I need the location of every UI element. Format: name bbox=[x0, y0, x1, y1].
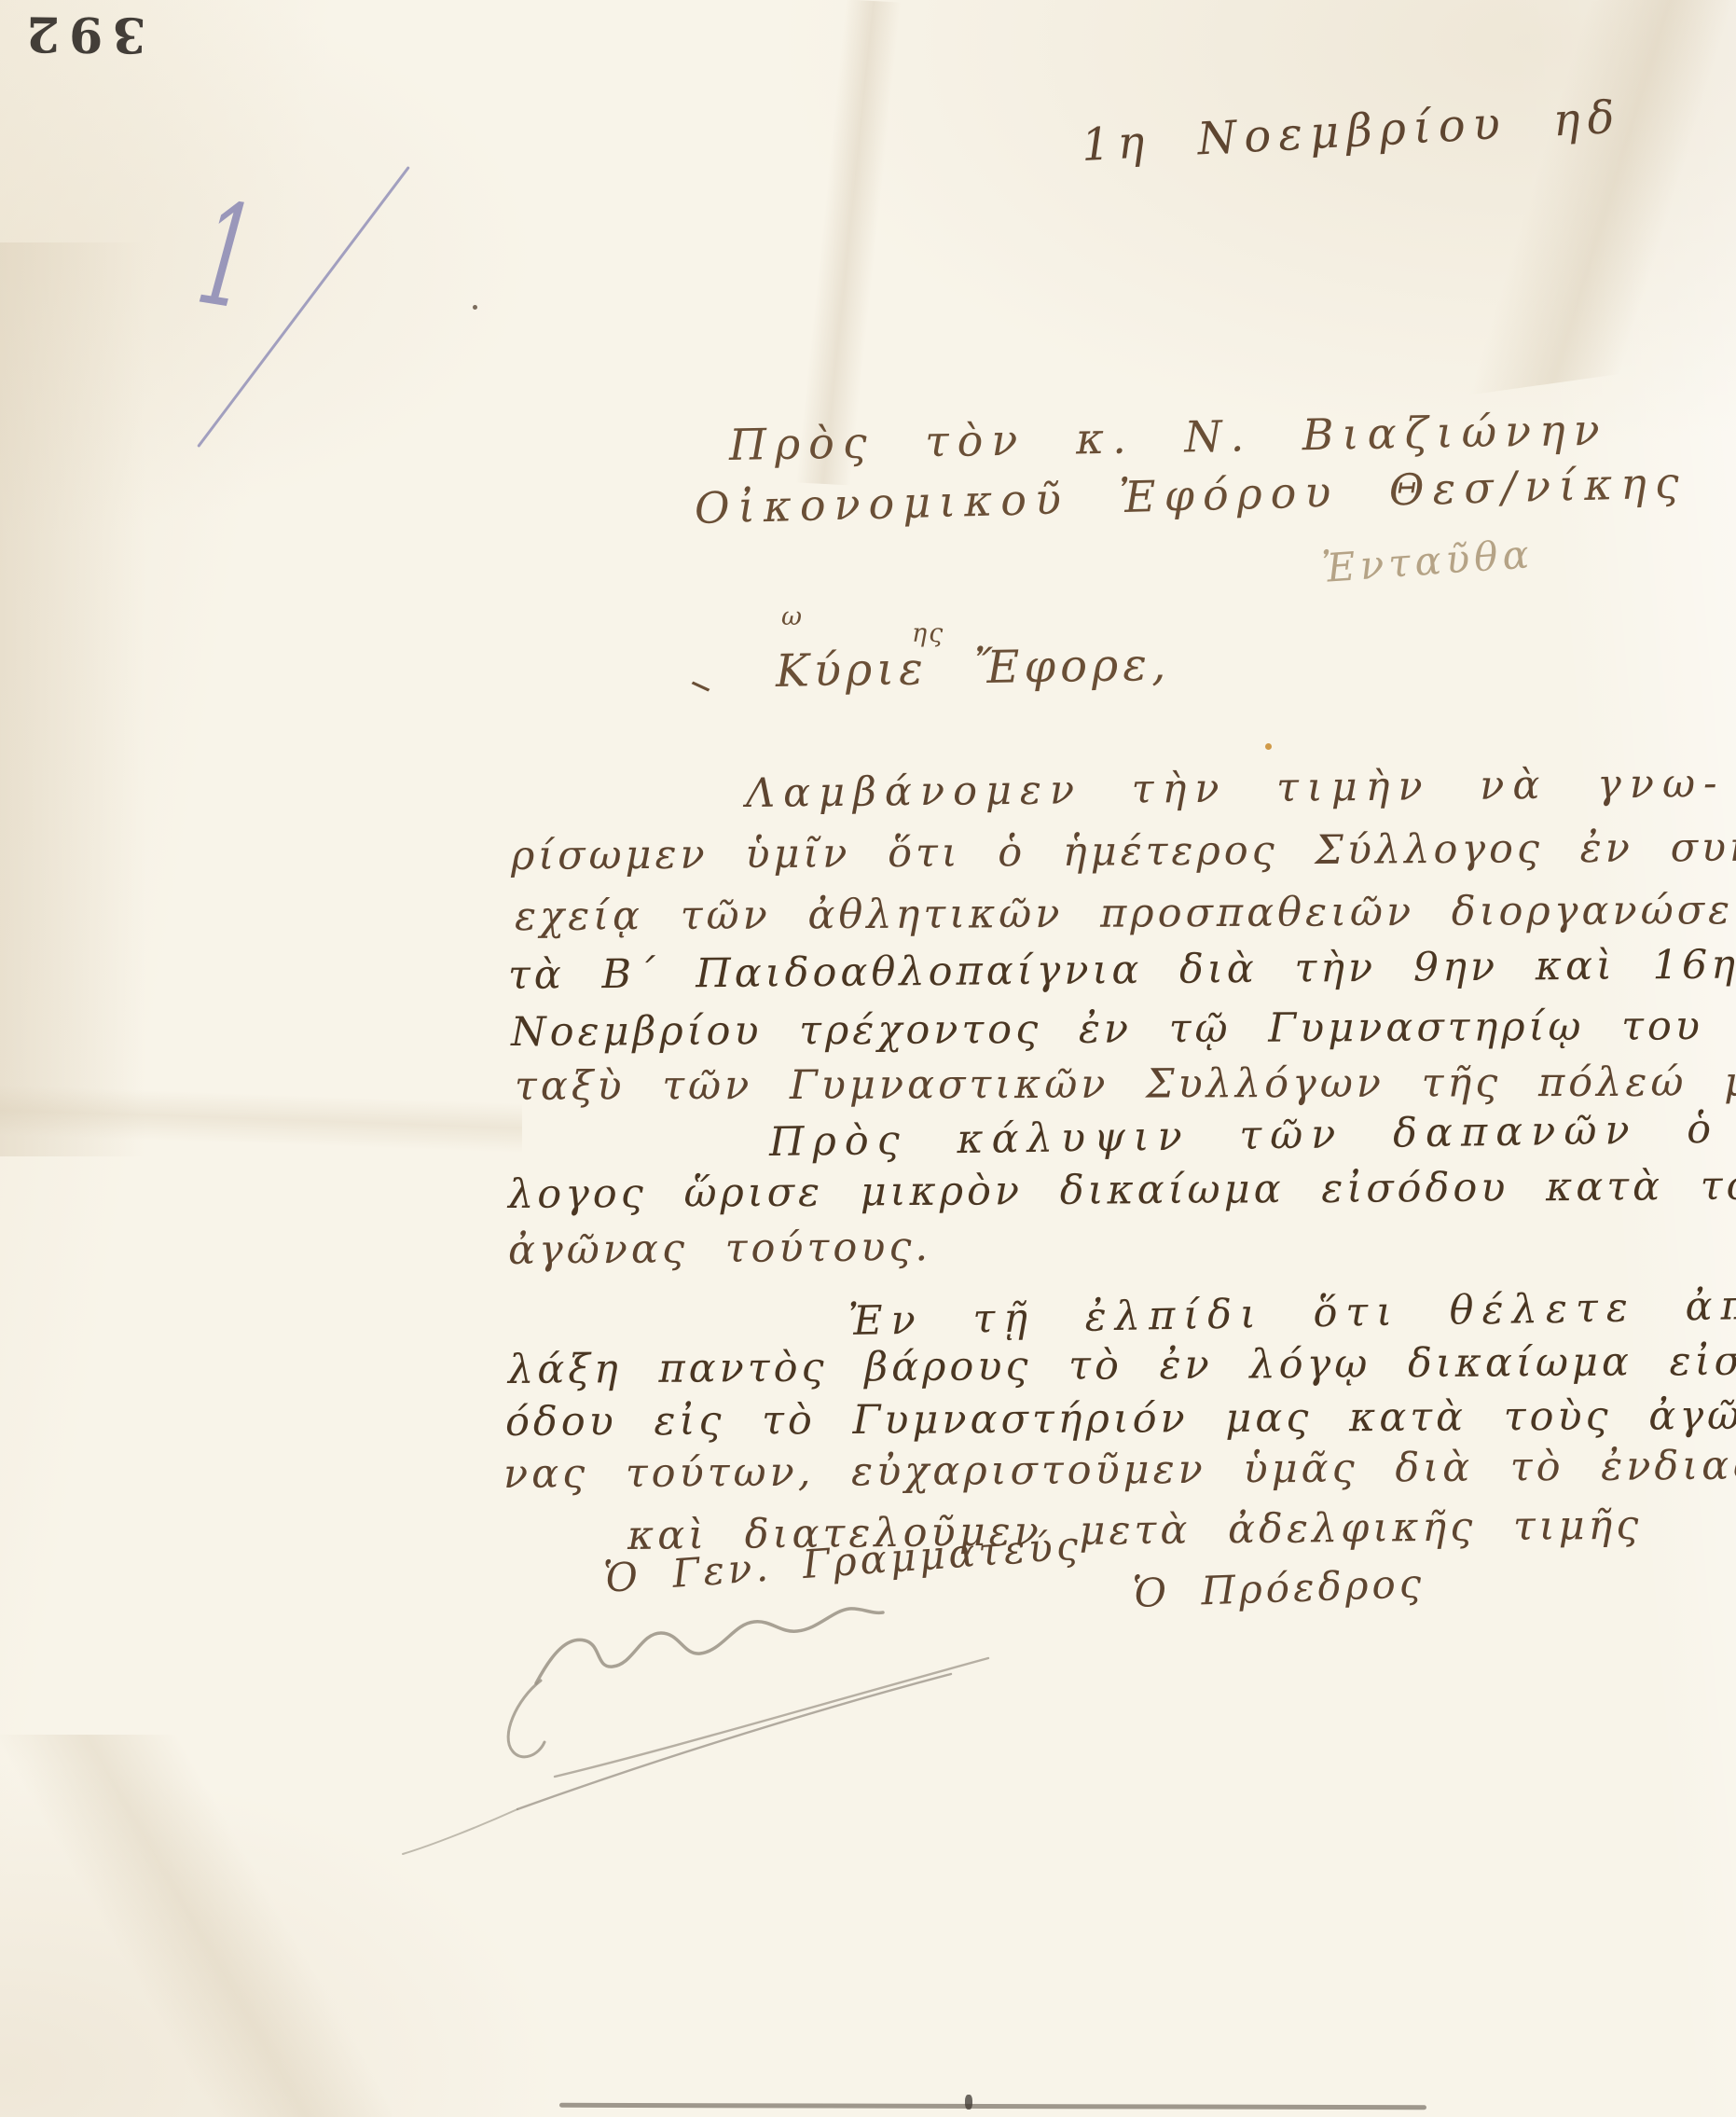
salutation-abbreviation-mark: ω bbox=[781, 602, 804, 631]
secretary-signature bbox=[392, 1576, 1007, 1856]
paper-crease bbox=[0, 1045, 522, 1194]
date-line: 1η Νοεμβρίου ηδ bbox=[1081, 91, 1623, 172]
body-line: όδου εἰς τὸ Γυμναστήριόν μας κατὰ τοὺς ἀ… bbox=[505, 1392, 1736, 1446]
body-line: τὰ Β΄ Παιδοαθλοπαίγνια διὰ τὴν 9ην καὶ 1… bbox=[508, 941, 1736, 999]
paper-crease bbox=[0, 242, 242, 1156]
blue-annotation-number: 1 bbox=[190, 183, 261, 330]
body-line: λογος ὥρισε μικρὸν δικαίωμα εἰσόδου κατὰ… bbox=[508, 1162, 1736, 1218]
scanned-letter-page: 392 1 1η Νοεμβρίου ηδ Πρὸς τὸν κ. Ν. Βια… bbox=[0, 0, 1736, 2117]
paper-crease bbox=[1393, 0, 1736, 398]
body-line: εχείᾳ τῶν ἀθλητικῶν προσπαθειῶν διοργανώ… bbox=[515, 887, 1736, 940]
body-line: ρίσωμεν ὑμῖν ὅτι ὁ ἡμέτερος Σύλλογος ἐν … bbox=[511, 824, 1736, 879]
archive-stamp-number: 392 bbox=[17, 5, 146, 62]
salutation: Κύριε Ἔφορε, bbox=[776, 639, 1171, 698]
body-line: ταξὺ τῶν Γυμναστικῶν Συλλόγων τῆς πόλεώ … bbox=[515, 1058, 1736, 1110]
paper-crease bbox=[779, 0, 916, 488]
salutation-dash: – bbox=[681, 656, 727, 714]
addressee-line-2: Οἰκονομικοῦ Ἐφόρου Θεσ/νίκης bbox=[694, 457, 1688, 533]
scan-bottom-edge bbox=[559, 2103, 1426, 2110]
body-line: Νοεμβρίου τρέχοντος ἐν τῷ Γυμναστηρίῳ το… bbox=[511, 1003, 1736, 1056]
ink-speck bbox=[1265, 743, 1272, 750]
body-line: Ἐν τῇ ἐλπίδι ὅτι θέλετε ἀπαλ- bbox=[848, 1280, 1736, 1345]
president-title: Ὁ Πρόεδρος bbox=[1132, 1560, 1426, 1616]
body-line: λάξη παντὸς βάρους τὸ ἐν λόγῳ δικαίωμα ε… bbox=[508, 1338, 1736, 1393]
body-line: Λαμβάνομεν τὴν τιμὴν νὰ γνω- bbox=[746, 760, 1726, 817]
body-line: ἀγῶνας τούτους. bbox=[508, 1224, 932, 1274]
ink-speck bbox=[473, 305, 477, 310]
addressee-line-1: Πρὸς τὸν κ. Ν. Βιαζιώνην bbox=[729, 405, 1609, 470]
addressee-line-3: Ἐνταῦθα bbox=[1320, 531, 1535, 591]
paper-crease bbox=[0, 1735, 392, 2117]
body-line: Πρὸς κάλυψιν τῶν δαπανῶν ὁ Σύλ- bbox=[769, 1103, 1736, 1166]
body-line: νας τούτων, εὐχαριστοῦμεν ὑμᾶς διὰ τὸ ἐν… bbox=[503, 1442, 1736, 1498]
